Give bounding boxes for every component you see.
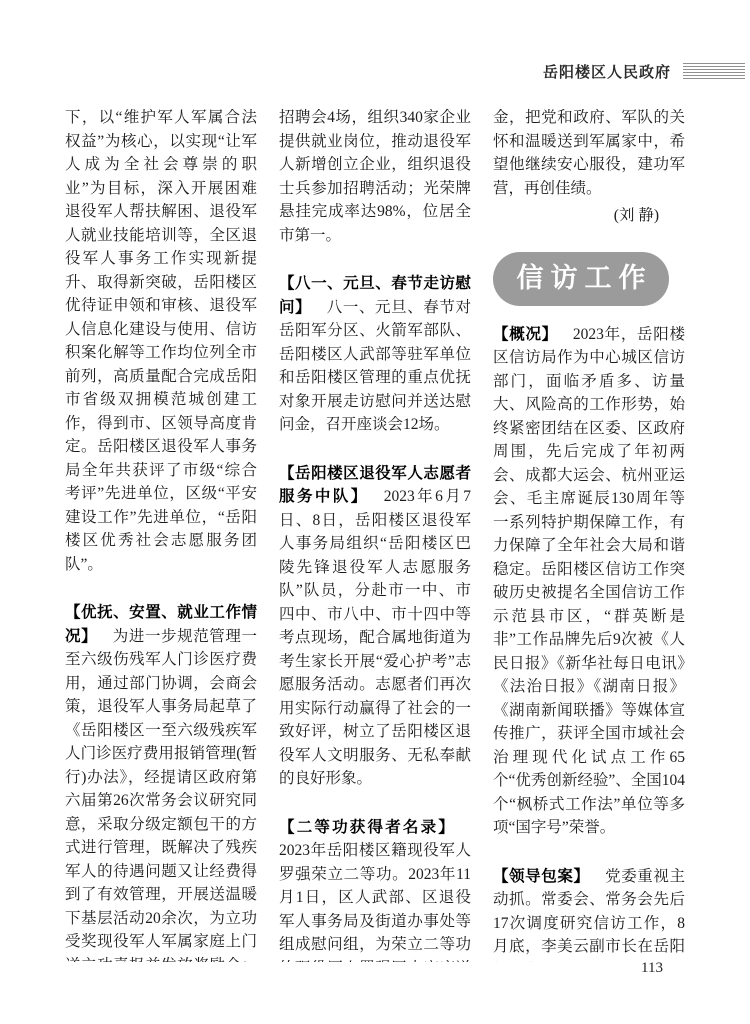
content-columns: 下，以“维护军人军属合法权益”为核心，以实现“让军人成为全社会尊崇的职业”为目标… (65, 106, 685, 962)
entry-heading: 【领导包案】 (493, 868, 590, 885)
entry-body: 2023年6月7日、8日，岳阳楼区退役军人事务局组织“岳阳楼区巴陵先锋退役军人志… (279, 488, 471, 787)
yearbook-page: 岳阳楼区人民政府 下，以“维护军人军属合法权益”为核心，以实现“让军人成为全社会… (0, 0, 750, 1024)
entry-heading: 【二等功获得者名录】 (279, 819, 456, 836)
author-byline: (刘 静) (493, 204, 685, 228)
header-section-title: 岳阳楼区人民政府 (543, 61, 671, 82)
paragraph-continuation: 金，把党和政府、军队的关怀和温暖送到军属家中，希望他继续安心服役，建功军营，再创… (493, 106, 685, 200)
header-lines-decoration (683, 63, 745, 80)
column-3: 金，把党和政府、军队的关怀和温暖送到军属家中，希望他继续安心服役，建功军营，再创… (493, 106, 685, 962)
page-header: 岳阳楼区人民政府 (0, 60, 745, 82)
paragraph-continuation: 下，以“维护军人军属合法权益”为核心，以实现“让军人成为全社会尊崇的职业”为目标… (65, 106, 257, 576)
entry-body: 八一、元旦、春节对岳阳军分区、火箭军部队、岳阳楼区人武部等驻军单位和岳阳楼区管理… (279, 299, 471, 434)
entry-bayi-yuandan-chunjie: 【八一、元旦、春节走访慰问】八一、元旦、春节对岳阳军分区、火箭军部队、岳阳楼区人… (279, 272, 471, 437)
entry-heading: 【概况】 (493, 326, 558, 343)
section-badge-xinfang-gongzuo: 信访工作 (493, 252, 669, 306)
entry-body: 2023年，岳阳楼区信访局作为中心城区信访部门，面临矛盾多、访量大、风险高的工作… (493, 326, 685, 837)
entry-erdenggong-minglu: 【二等功获得者名录】2023年岳阳楼区籍现役军人罗强荣立二等功。2023年11月… (279, 816, 471, 963)
entry-body: 2023年岳阳楼区籍现役军人罗强荣立二等功。2023年11月1日，区人武部、区退… (279, 842, 471, 962)
entry-lingdao-baoan: 【领导包案】党委重视主动抓。常委会、常务会先后17次调度研究信访工作，8月底，李… (493, 865, 685, 963)
entry-body: 为进一步规范管理一至六级伤残军人门诊医疗费用，通过部门协调，会商会策，退役军人事… (65, 628, 257, 963)
entry-youfu-anzhi-jiuye: 【优抚、安置、就业工作情况】为进一步规范管理一至六级伤残军人门诊医疗费用，通过部… (65, 601, 257, 962)
paragraph-continuation: 招聘会4场，组织340家企业提供就业岗位，推动退役军人新增创立企业，组织退役士兵… (279, 106, 471, 247)
entry-zhiyuanzhe-fuwu-zhongdui: 【岳阳楼区退役军人志愿者服务中队】2023年6月7日、8日，岳阳楼区退役军人事务… (279, 462, 471, 791)
column-2: 招聘会4场，组织340家企业提供就业岗位，推动退役军人新增创立企业，组织退役士兵… (279, 106, 471, 962)
column-1: 下，以“维护军人军属合法权益”为核心，以实现“让军人成为全社会尊崇的职业”为目标… (65, 106, 257, 962)
entry-gaikuang: 【概况】2023年，岳阳楼区信访局作为中心城区信访部门，面临矛盾多、访量大、风险… (493, 323, 685, 840)
page-number: 113 (641, 960, 663, 977)
